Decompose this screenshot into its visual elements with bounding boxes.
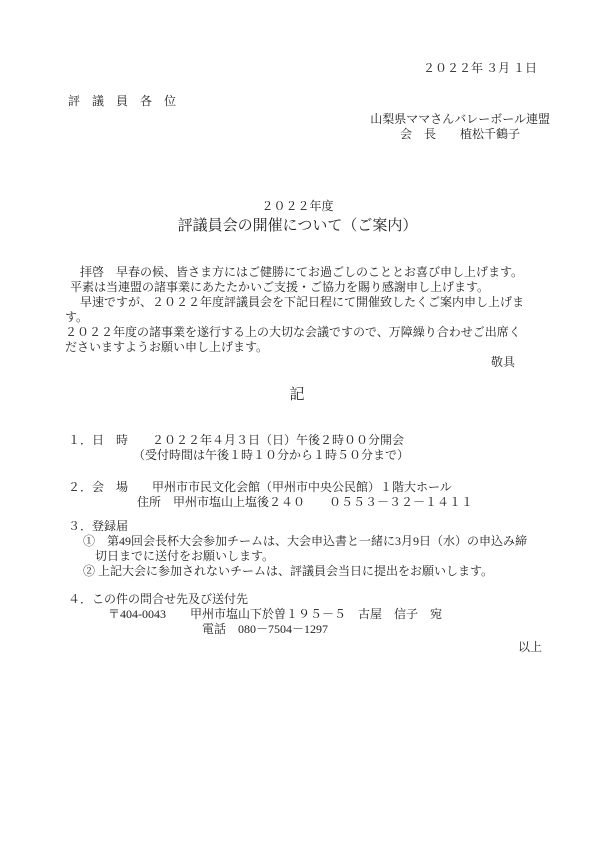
item4-contact: ４．この件の問合せ先及び送付先	[68, 592, 548, 607]
sender-president: 会 長 植松千鶴子	[370, 127, 550, 142]
record-mark: 記	[0, 388, 595, 403]
document-heading: ２０２２年度 評議員会の開催について（ご案内）	[0, 199, 595, 236]
item4-postal-address: 〒404-0043 甲州市塩山下於曽１９５－５ 古屋 信子 宛	[108, 607, 548, 622]
document-date: ２０２２年 ３月 １日	[423, 61, 537, 76]
page-title: 評議員会の開催について（ご案内）	[0, 217, 595, 236]
closing-keigu: 敬具	[65, 355, 515, 370]
item1-datetime: １．日 時 ２０２２年４月３日（日）午後２時００分開会	[68, 433, 548, 448]
sender-block: 山梨県ママさんバレーボール連盟 会 長 植松千鶴子	[370, 112, 550, 142]
item3-registration: ３．登録届	[68, 519, 548, 534]
greeting-line: 拝啓 早春の候、皆さま方にはご健勝にてお過ごしのこととお喜び申し上げます。	[80, 265, 549, 280]
greeting-line: 早速ですが、２０２２年度評議員会を下記日程にて開催致したくご案内申し上げま	[80, 295, 549, 310]
item2-venue: ２．会 場 甲州市市民文化会館（甲州市中央公民館）１階大ホール	[68, 480, 548, 495]
end-mark-ijou: 以上	[518, 640, 542, 655]
fiscal-year: ２０２２年度	[0, 199, 595, 214]
greeting-line: 平素は当連盟の諸事業にあたたかいご支援・ご協力を賜り感謝申し上げます。	[70, 280, 549, 295]
sender-organization: 山梨県ママさんバレーボール連盟	[370, 112, 550, 127]
items-list: １．日 時 ２０２２年４月３日（日）午後２時００分開会 （受付時間は午後１時１０…	[68, 433, 548, 637]
greeting-paragraph: 拝啓 早春の候、皆さま方にはご健勝にてお過ごしのこととお喜び申し上げます。 平素…	[65, 265, 549, 370]
greeting-line: す。	[65, 310, 549, 325]
item1-reception-time: （受付時間は午後１時１０分から１時５０分まで）	[133, 448, 548, 463]
item4-phone: 電話 080－7504－1297	[202, 622, 548, 637]
document-page: ２０２２年 ３月 １日 評 議 員 各 位 山梨県ママさんバレーボール連盟 会 …	[0, 0, 595, 842]
item2-address: 住所 甲州市塩山上塩後２４０ ０５５３－３２－１４１１	[137, 495, 548, 510]
recipient-line: 評 議 員 各 位	[68, 94, 176, 109]
item3-note1-cont: 切日までに送付をお願いします。	[95, 549, 548, 564]
greeting-line: ださいますようお願い申し上げます。	[65, 340, 549, 355]
item3-note2: ② 上記大会に参加されないチームは、評議員会当日に提出をお願いします。	[83, 564, 548, 579]
greeting-line: ２０２２年度の諸事業を遂行する上の大切な会議ですので、万障繰り合わせご出席く	[65, 325, 549, 340]
item3-note1: ① 第49回会長杯大会参加チームは、大会申込書と一緒に3月9日（水）の申込み締	[83, 534, 548, 549]
